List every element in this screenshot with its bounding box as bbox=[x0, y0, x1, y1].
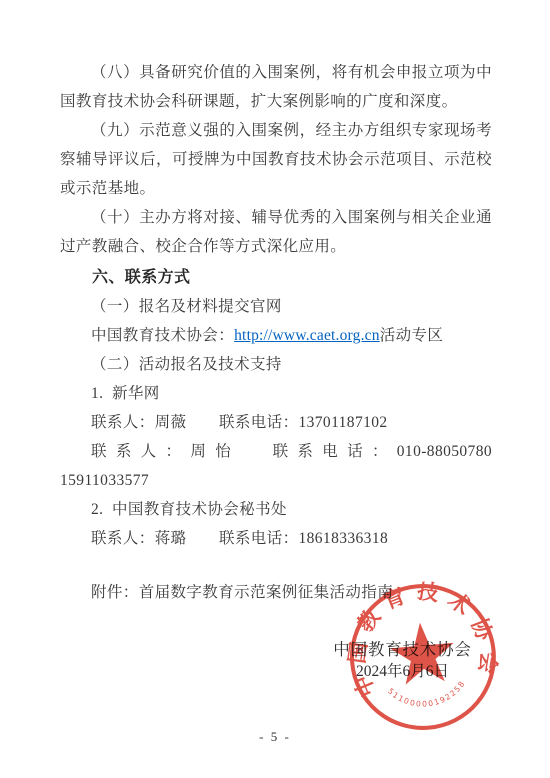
contact-row-zhouwei: 联系人：周薇联系电话：13701187102 bbox=[60, 408, 492, 437]
document-body: （八）具备研究价值的入围案例，将有机会申报立项为中国教育技术协会科研课题，扩大案… bbox=[60, 58, 492, 607]
signature-organization: 中国教育技术协会 bbox=[330, 639, 475, 661]
contact-phone-label: 联系电话： bbox=[273, 443, 397, 460]
svg-text:51100000192258: 51100000192258 bbox=[385, 678, 469, 712]
seal-serial-number: 51100000192258 bbox=[385, 678, 469, 712]
contact-name: 周怡 bbox=[190, 443, 240, 460]
contact-name-label: 联系人： bbox=[91, 443, 190, 460]
paragraph-item-10: （十）主办方将对接、辅导优秀的入围案例与相关企业通过产教融合、校企合作等方式深化… bbox=[60, 203, 492, 261]
section-heading-contact: 六、联系方式 bbox=[60, 263, 492, 292]
contact-phone: 13701187102 bbox=[298, 414, 387, 431]
document-page: （八）具备研究价值的入围案例，将有机会申报立项为中国教育技术协会科研课题，扩大案… bbox=[0, 0, 550, 778]
contact-phone-label: 联系电话： bbox=[219, 414, 299, 431]
contact-row-jianglu: 联系人：蒋璐联系电话：18618336318 bbox=[60, 524, 492, 553]
signature-block: 中国教育技术协会 2024年6月6日 bbox=[330, 639, 475, 682]
website-link[interactable]: http://www.caet.org.cn bbox=[234, 327, 380, 344]
org1-title: 1. 新华网 bbox=[60, 379, 492, 408]
paragraph-item-9: （九）示范意义强的入围案例，经主办方组织专家现场考察辅导评议后，可授牌为中国教育… bbox=[60, 116, 492, 203]
org2-title: 2. 中国教育技术协会秘书处 bbox=[60, 495, 492, 524]
contact-name-label: 联系人： bbox=[91, 414, 155, 431]
page-number: - 5 - bbox=[0, 729, 550, 745]
contact-row-zhouyi: 联系人：周怡联系电话：010-88050780 15911033577 bbox=[60, 437, 492, 495]
contact-name: 蒋璐 bbox=[155, 530, 187, 547]
attachment-line: 附件：首届数字教育示范案例征集活动指南 bbox=[60, 578, 492, 607]
signature-date: 2024年6月6日 bbox=[330, 661, 475, 682]
contact-name-label: 联系人： bbox=[91, 530, 155, 547]
website-prefix: 中国教育技术协会： bbox=[91, 327, 234, 344]
website-suffix: 活动专区 bbox=[380, 327, 444, 344]
contact-phone-label: 联系电话： bbox=[219, 530, 299, 547]
paragraph-item-8: （八）具备研究价值的入围案例，将有机会申报立项为中国教育技术协会科研课题，扩大案… bbox=[60, 58, 492, 116]
subsection-two-heading: （二）活动报名及技术支持 bbox=[60, 350, 492, 379]
contact-name: 周薇 bbox=[155, 414, 187, 431]
contact-phone: 18618336318 bbox=[298, 530, 388, 547]
website-line: 中国教育技术协会：http://www.caet.org.cn活动专区 bbox=[60, 321, 492, 350]
subsection-one-heading: （一）报名及材料提交官网 bbox=[60, 292, 492, 321]
